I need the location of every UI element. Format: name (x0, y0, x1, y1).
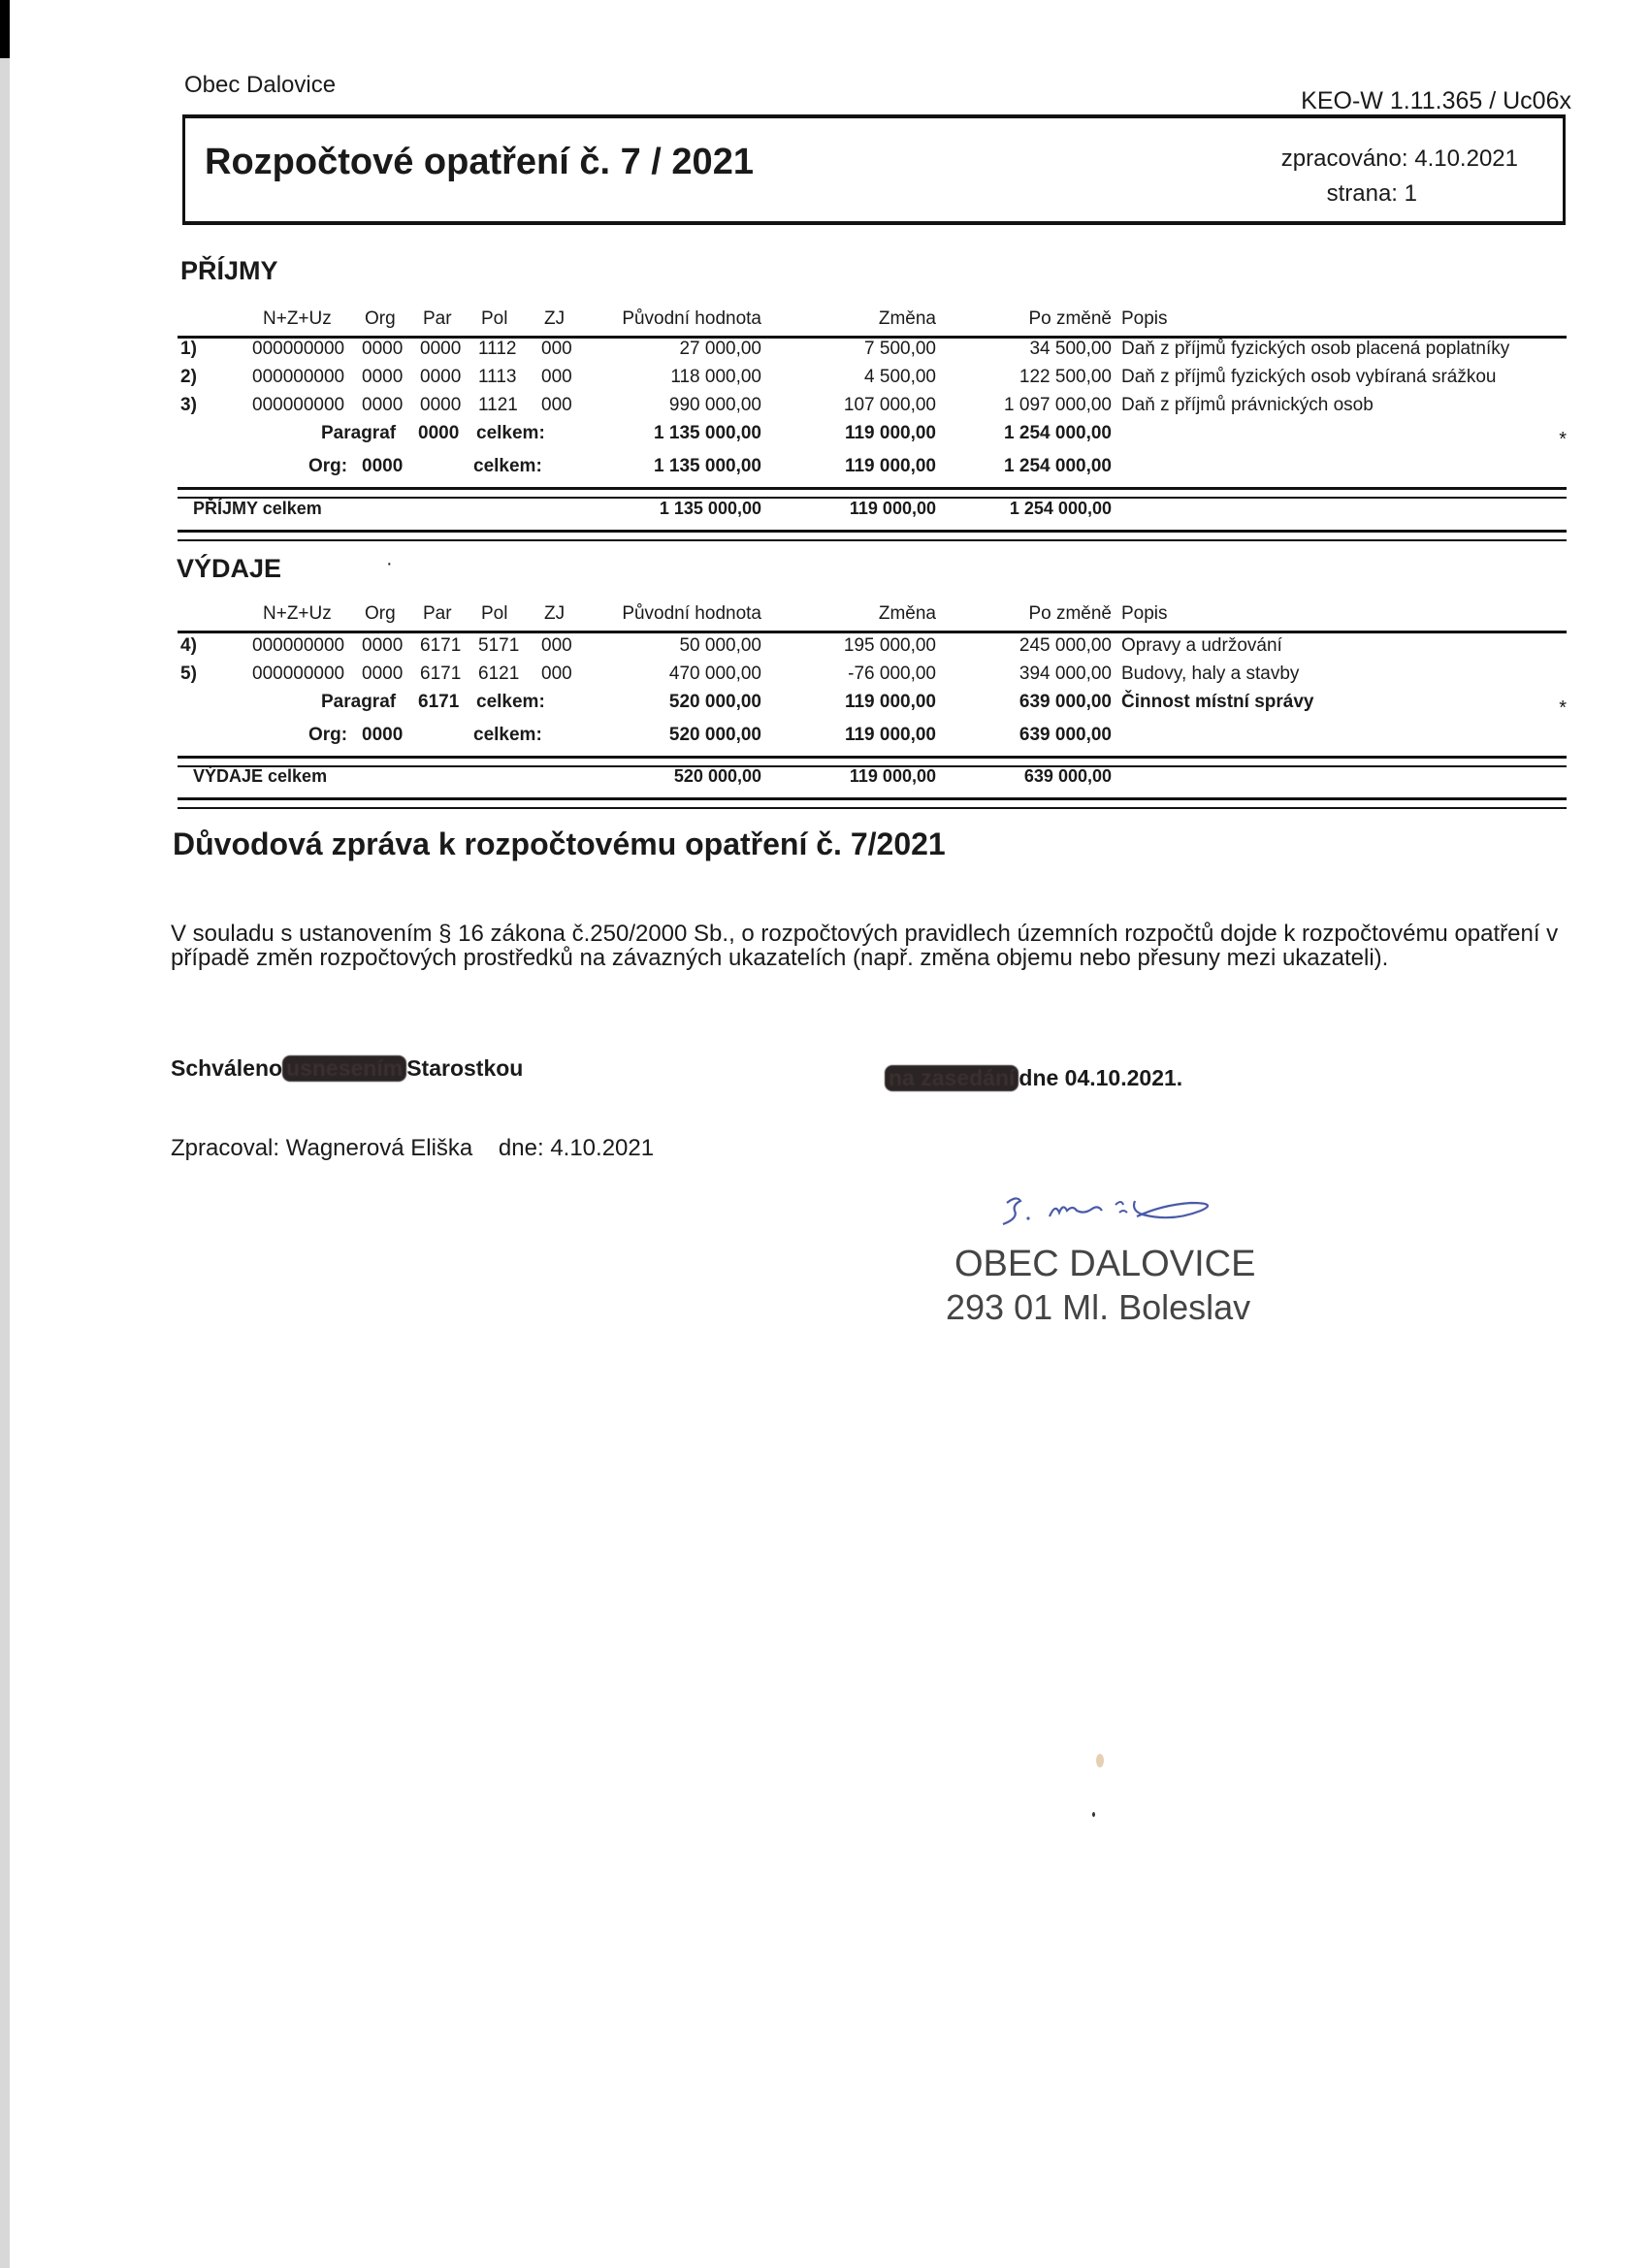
approval-line: SchválenousnesenímStarostkou (171, 1055, 523, 1082)
org-label: Org: (308, 456, 347, 477)
cell-nzuz: 000000000 (252, 635, 344, 657)
cell-pol: 5171 (478, 635, 519, 657)
table-row: 3)000000000000000001121000990 000,00107 … (178, 395, 1567, 422)
row-number: 1) (180, 339, 197, 360)
column-header-after: Po změně (1028, 603, 1112, 625)
cell-original: 520 000,00 (669, 692, 761, 713)
approval-date: dne 04.10.2021. (1018, 1065, 1182, 1090)
grand-total-row: VÝDAJE celkem520 000,00119 000,00639 000… (178, 766, 1567, 794)
table-row: 4)00000000000006171517100050 000,00195 0… (178, 635, 1567, 663)
cell-after: 639 000,00 (1019, 725, 1112, 746)
approval-date-line: na zasedánídne 04.10.2021. (885, 1065, 1182, 1091)
cell-change: -76 000,00 (848, 664, 936, 685)
column-header-par: Par (423, 603, 452, 625)
cell-original: 27 000,00 (679, 339, 761, 360)
cell-pol: 6121 (478, 664, 519, 685)
org-celkem: celkem: (473, 725, 542, 746)
cell-description: Daň z příjmů právnických osob (1121, 395, 1374, 416)
cell-zj: 000 (541, 635, 572, 657)
cell-original: 118 000,00 (670, 367, 761, 388)
grand-total-label: PŘÍJMY celkem (193, 499, 322, 519)
cell-change: 119 000,00 (850, 766, 936, 787)
paragraph-celkem: celkem: (476, 692, 545, 713)
processed-value: 4.10.2021 (1414, 146, 1518, 172)
signature-icon (999, 1185, 1251, 1234)
processed-date: zpracováno: 4.10.2021 (1281, 146, 1518, 173)
scan-speck (1096, 1754, 1104, 1767)
processed-by-line: Zpracoval: Wagnerová Eliška dne: 4.10.20… (171, 1135, 654, 1162)
total-marker: * (1559, 697, 1567, 720)
cell-zj: 000 (541, 395, 572, 416)
system-version: KEO-W 1.11.365 / Uc06x (1301, 87, 1571, 115)
table-rule (178, 797, 1567, 800)
org-total-row: Org:0000celkem:520 000,00119 000,00639 0… (178, 725, 1567, 752)
cell-change: 119 000,00 (850, 499, 936, 519)
column-header-description: Popis (1121, 308, 1168, 330)
org-celkem: celkem: (473, 456, 542, 477)
cell-after: 1 254 000,00 (1010, 499, 1112, 519)
cell-after: 122 500,00 (1019, 367, 1112, 388)
cell-after: 1 254 000,00 (1004, 423, 1112, 444)
cell-description: Opravy a udržování (1121, 635, 1282, 657)
scan-dot: · (386, 553, 393, 575)
approval-prefix: Schváleno (171, 1055, 282, 1081)
cell-nzuz: 000000000 (252, 367, 344, 388)
page-label: strana: (1327, 180, 1398, 207)
table-rule (178, 539, 1567, 541)
redaction-mark: usnesením (282, 1055, 406, 1082)
org-label: Org: (308, 725, 347, 746)
row-number: 4) (180, 635, 197, 657)
processed-by-label: Zpracoval: (171, 1135, 279, 1161)
cell-original: 50 000,00 (679, 635, 761, 657)
column-header-change: Změna (879, 308, 936, 330)
expenditure-heading: VÝDAJE (177, 554, 281, 584)
table-header: N+Z+UzOrgParPolZJPůvodní hodnotaZměnaPo … (178, 603, 1567, 631)
cell-change: 7 500,00 (864, 339, 936, 360)
cell-par: 6171 (420, 635, 461, 657)
row-number: 3) (180, 395, 197, 416)
page-number: strana: 1 (1327, 180, 1417, 208)
cell-after: 1 097 000,00 (1004, 395, 1112, 416)
paragraph-total-row: Paragraf6171celkem:520 000,00119 000,006… (178, 692, 1567, 719)
cell-change: 119 000,00 (845, 423, 936, 444)
column-header-org: Org (365, 603, 396, 625)
processed-by-date-label: dne: (499, 1135, 544, 1161)
cell-original: 470 000,00 (669, 664, 761, 685)
table-rule (178, 530, 1567, 533)
cell-zj: 000 (541, 339, 572, 360)
cell-pol: 1113 (478, 367, 516, 388)
page-value: 1 (1405, 180, 1417, 207)
cell-change: 107 000,00 (844, 395, 936, 416)
paragraph-label: Paragraf (321, 423, 396, 444)
paragraph-total-row: Paragraf0000celkem:1 135 000,00119 000,0… (178, 423, 1567, 450)
cell-pol: 1121 (478, 395, 518, 416)
table-rule (178, 756, 1567, 759)
justification-text: V souladu s ustanovením § 16 zákona č.25… (171, 922, 1568, 970)
column-header-original: Původní hodnota (622, 603, 761, 625)
cell-par: 0000 (420, 339, 461, 360)
cell-org: 0000 (362, 635, 403, 657)
cell-change: 119 000,00 (845, 692, 936, 713)
org-total-row: Org:0000celkem:1 135 000,00119 000,001 2… (178, 456, 1567, 483)
paragraph-code: 6171 (418, 692, 459, 713)
column-header-pol: Pol (481, 308, 507, 330)
row-number: 2) (180, 367, 197, 388)
cell-nzuz: 000000000 (252, 339, 344, 360)
column-header-zj: ZJ (544, 603, 565, 625)
cell-zj: 000 (541, 664, 572, 685)
column-header-change: Změna (879, 603, 936, 625)
cell-original: 1 135 000,00 (654, 456, 761, 477)
cell-after: 639 000,00 (1019, 692, 1112, 713)
cell-original: 1 135 000,00 (660, 499, 761, 519)
column-header-nzuz: N+Z+Uz (263, 603, 332, 625)
approval-by: Starostkou (406, 1055, 523, 1081)
cell-original: 520 000,00 (674, 766, 761, 787)
cell-org: 0000 (362, 339, 403, 360)
cell-org: 0000 (362, 395, 403, 416)
stamp-line-1: OBEC DALOVICE (954, 1244, 1255, 1285)
column-header-after: Po změně (1028, 308, 1112, 330)
cell-nzuz: 000000000 (252, 664, 344, 685)
cell-change: 119 000,00 (845, 456, 936, 477)
processed-label: zpracováno: (1281, 146, 1408, 172)
cell-after: 34 500,00 (1029, 339, 1112, 360)
table-row: 2)000000000000000001113000118 000,004 50… (178, 367, 1567, 394)
cell-after: 245 000,00 (1019, 635, 1112, 657)
cell-original: 520 000,00 (669, 725, 761, 746)
column-header-original: Původní hodnota (622, 308, 761, 330)
processed-by-name: Wagnerová Eliška (286, 1135, 473, 1161)
table-rule (178, 631, 1567, 633)
cell-org: 0000 (362, 367, 403, 388)
cell-description: Činnost místní správy (1121, 692, 1314, 713)
cell-description: Daň z příjmů fyzických osob placená popl… (1121, 339, 1509, 360)
cell-change: 4 500,00 (864, 367, 936, 388)
paragraph-label: Paragraf (321, 692, 396, 713)
grand-total-label: VÝDAJE celkem (193, 766, 327, 787)
cell-nzuz: 000000000 (252, 395, 344, 416)
cell-after: 1 254 000,00 (1004, 456, 1112, 477)
cell-after: 639 000,00 (1024, 766, 1112, 787)
cell-after: 394 000,00 (1019, 664, 1112, 685)
cell-change: 195 000,00 (844, 635, 936, 657)
scan-speck (1092, 1812, 1095, 1817)
table-row: 5)000000000000061716121000470 000,00-76 … (178, 664, 1567, 691)
column-header-nzuz: N+Z+Uz (263, 308, 332, 330)
paragraph-code: 0000 (418, 423, 459, 444)
scan-edge-shadow (0, 58, 10, 2268)
cell-par: 6171 (420, 664, 461, 685)
cell-description: Budovy, haly a stavby (1121, 664, 1299, 685)
column-header-par: Par (423, 308, 452, 330)
justification-heading: Důvodová zpráva k rozpočtovému opatření … (173, 826, 946, 862)
grand-total-row: PŘÍJMY celkem1 135 000,00119 000,001 254… (178, 499, 1567, 526)
total-marker: * (1559, 429, 1567, 451)
paragraph-celkem: celkem: (476, 423, 545, 444)
column-header-org: Org (365, 308, 396, 330)
table-row: 1)00000000000000000111200027 000,007 500… (178, 339, 1567, 366)
org-code: 0000 (362, 725, 403, 746)
column-header-zj: ZJ (544, 308, 565, 330)
cell-pol: 1112 (478, 339, 516, 360)
scan-edge-mark (0, 0, 10, 58)
cell-original: 990 000,00 (669, 395, 761, 416)
stamp-line-2: 293 01 Ml. Boleslav (946, 1287, 1250, 1328)
table-header: N+Z+UzOrgParPolZJPůvodní hodnotaZměnaPo … (178, 308, 1567, 336)
title-box: Rozpočtové opatření č. 7 / 2021 zpracová… (182, 114, 1566, 225)
column-header-description: Popis (1121, 603, 1168, 625)
org-code: 0000 (362, 456, 403, 477)
table-rule (178, 807, 1567, 809)
cell-org: 0000 (362, 664, 403, 685)
income-heading: PŘÍJMY (180, 256, 278, 286)
cell-par: 0000 (420, 367, 461, 388)
table-rule (178, 487, 1567, 490)
column-header-pol: Pol (481, 603, 507, 625)
processed-by-date: 4.10.2021 (550, 1135, 654, 1161)
row-number: 5) (180, 664, 197, 685)
cell-zj: 000 (541, 367, 572, 388)
municipality-name: Obec Dalovice (184, 72, 336, 99)
cell-description: Daň z příjmů fyzických osob vybíraná srá… (1121, 367, 1497, 388)
redaction-mark: na zasedání (885, 1065, 1018, 1091)
cell-change: 119 000,00 (845, 725, 936, 746)
document-title: Rozpočtové opatření č. 7 / 2021 (205, 142, 754, 183)
cell-original: 1 135 000,00 (654, 423, 761, 444)
cell-par: 0000 (420, 395, 461, 416)
